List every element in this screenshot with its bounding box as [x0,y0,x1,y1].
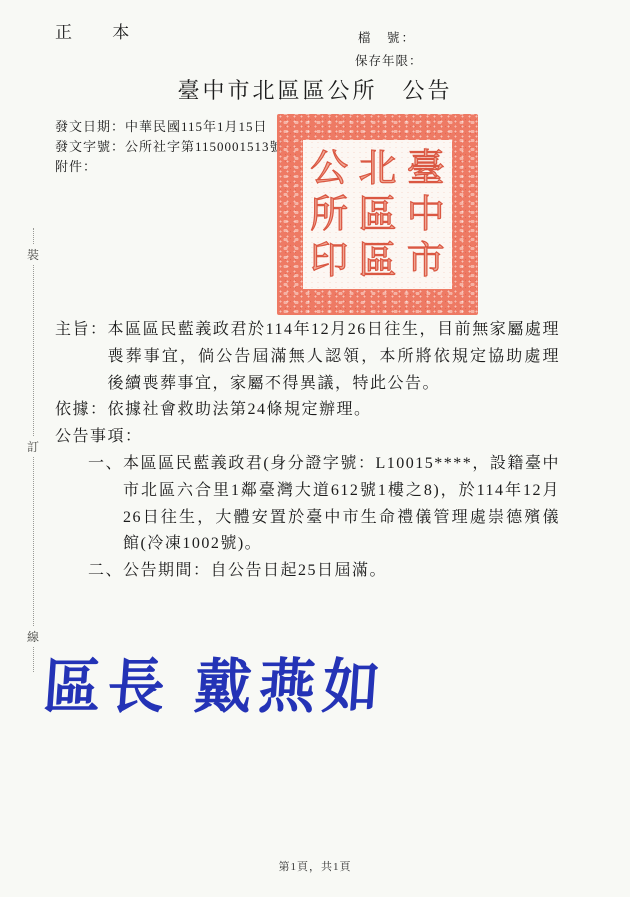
binding-mark-zhuang: 裝 [27,245,39,264]
subject-paragraph: 主旨： 本區區民藍義政君於114年12月26日往生，目前無家屬處理喪葬事宜，倘公… [55,317,560,397]
issuing-meta-block: 發文日期：中華民國115年1月15日 發文字號：公所社字第1150001513號… [55,117,284,177]
basis-paragraph: 依據： 依據社會救助法第24條規定辦理。 [55,397,560,424]
attachment-line: 附件： [55,157,284,177]
seal-column-1: 臺中市 [405,146,447,284]
issue-number-line: 發文字號：公所社字第1150001513號 [55,137,284,157]
item-1-text: 本區區民藍義政君(身分證字號：L10015****，設籍臺中市北區六合里1鄰臺灣… [123,451,560,558]
item-2: 二、 公告期間：自公告日起25日屆滿。 [88,558,560,585]
official-seal-inner: 臺中市 北區區 公所印 [303,140,452,289]
item-2-number: 二、 [88,558,123,585]
item-1: 一、 本區區民藍義政君(身分證字號：L10015****，設籍臺中市北區六合里1… [88,451,560,558]
items-header: 公告事項： [55,424,560,451]
basis-text: 依據社會救助法第24條規定辦理。 [108,397,560,424]
file-number-label: 檔 號： [358,28,416,46]
announcement-body: 主旨： 本區區民藍義政君於114年12月26日往生，目前無家屬處理喪葬事宜，倘公… [55,317,560,585]
basis-label: 依據： [55,397,108,424]
retention-period-label: 保存年限： [355,51,423,69]
binding-mark-xian: 線 [27,627,39,646]
announcement-document: 正 本 檔 號： 保存年限： 臺中市北區區公所 公告 發文日期：中華民國115年… [0,0,630,897]
item-1-number: 一、 [88,451,123,558]
copy-type-label: 正 本 [55,18,147,43]
announcement-items: 一、 本區區民藍義政君(身分證字號：L10015****，設籍臺中市北區六合里1… [88,451,560,585]
official-seal: 臺中市 北區區 公所印 [277,114,478,315]
issue-date-line: 發文日期：中華民國115年1月15日 [55,117,284,137]
binding-mark-ding: 訂 [27,437,39,456]
item-2-text: 公告期間：自公告日起25日屆滿。 [123,558,560,585]
district-chief-signature: 區長 戴燕如 [41,639,390,724]
seal-column-3: 公所印 [308,146,350,284]
document-title: 臺中市北區區公所 公告 [0,74,630,105]
subject-label: 主旨： [55,317,108,397]
seal-column-2: 北區區 [356,146,398,284]
subject-text: 本區區民藍義政君於114年12月26日往生，目前無家屬處理喪葬事宜，倘公告屆滿無… [108,317,560,397]
page-number-footer: 第1頁，共1頁 [0,858,630,874]
